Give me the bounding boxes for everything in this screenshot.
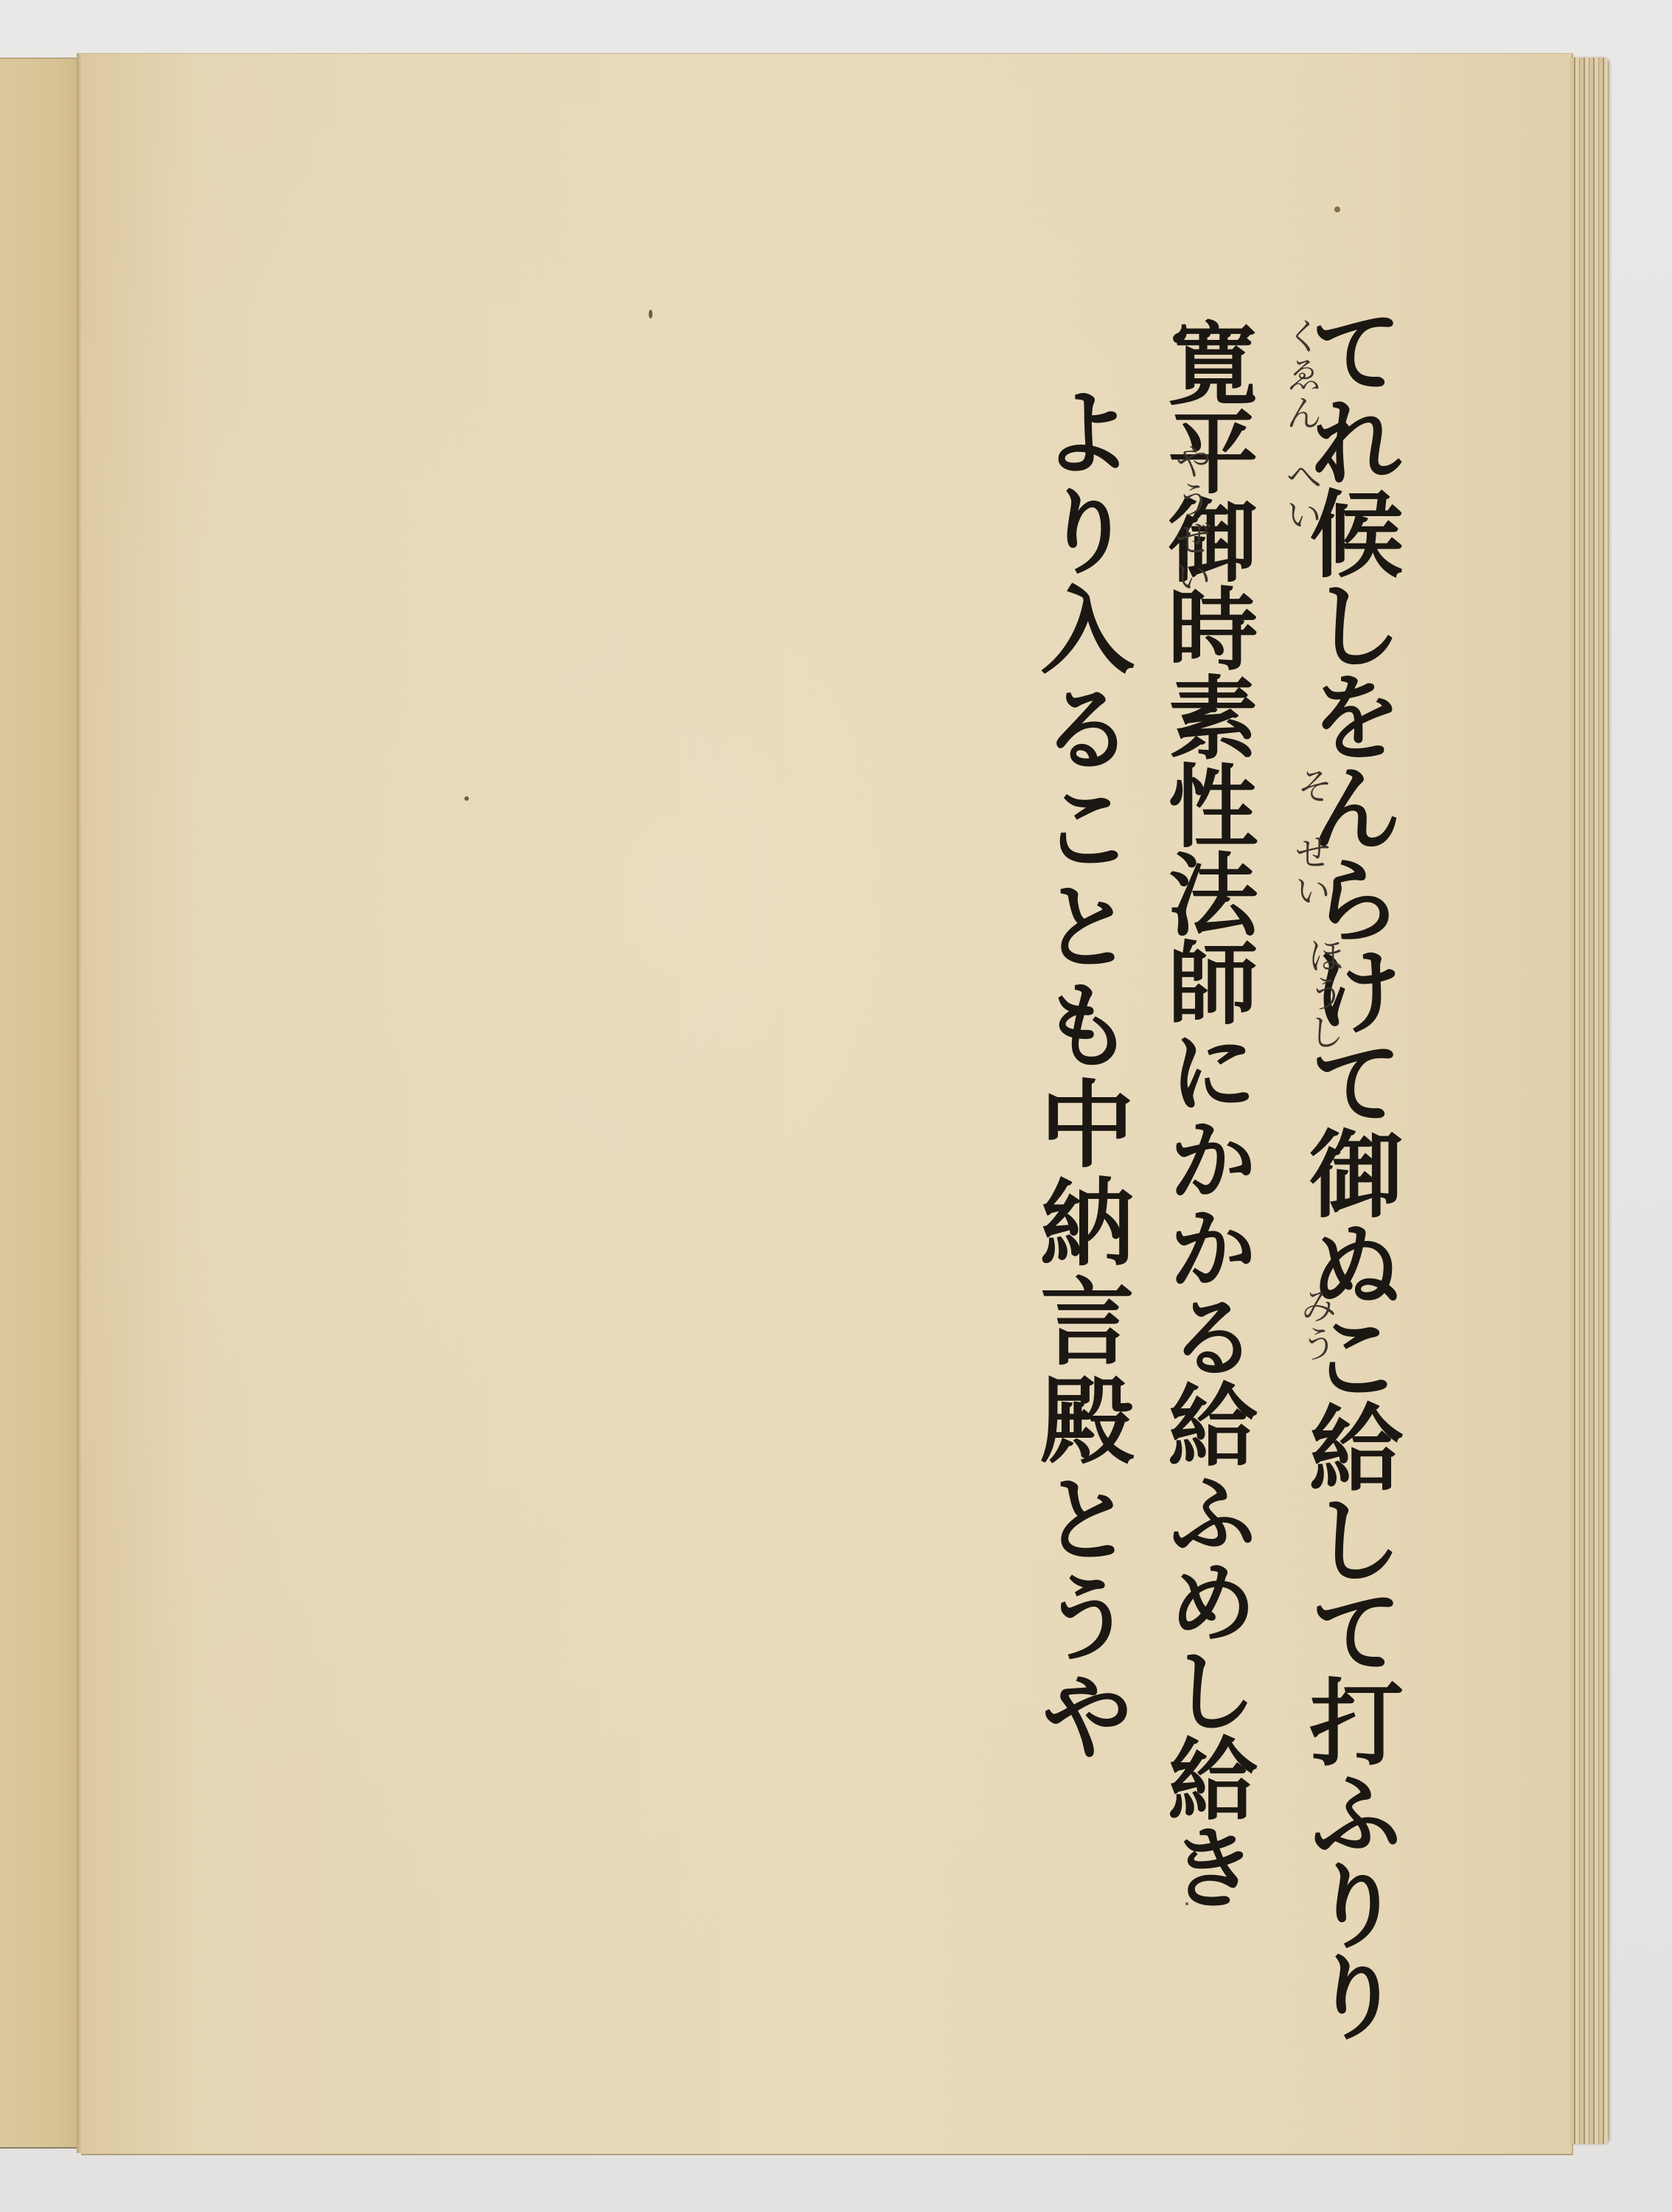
text-column-1: てれ候しをんらけて御ぬこ給して打ふりり — [1301, 302, 1396, 2039]
furigana-hei: へい — [1283, 457, 1320, 534]
text-column-3: より入ることも中納言殿とうや — [1032, 383, 1126, 1767]
page-edges-stack — [1570, 58, 1609, 2144]
paper-speck — [1334, 206, 1340, 212]
furigana-sei: せい — [1292, 833, 1328, 910]
furigana-hoshi: ほうし — [1305, 936, 1342, 1051]
furigana-youzei: やうぜい — [1172, 442, 1209, 596]
left-page-sliver — [0, 58, 80, 2149]
paper-speck — [649, 310, 652, 319]
furigana-so: そ — [1294, 767, 1331, 805]
furigana-kuen: くゑん — [1283, 317, 1320, 432]
furigana-miya: みう — [1297, 1287, 1334, 1363]
paper-speck — [464, 796, 469, 801]
